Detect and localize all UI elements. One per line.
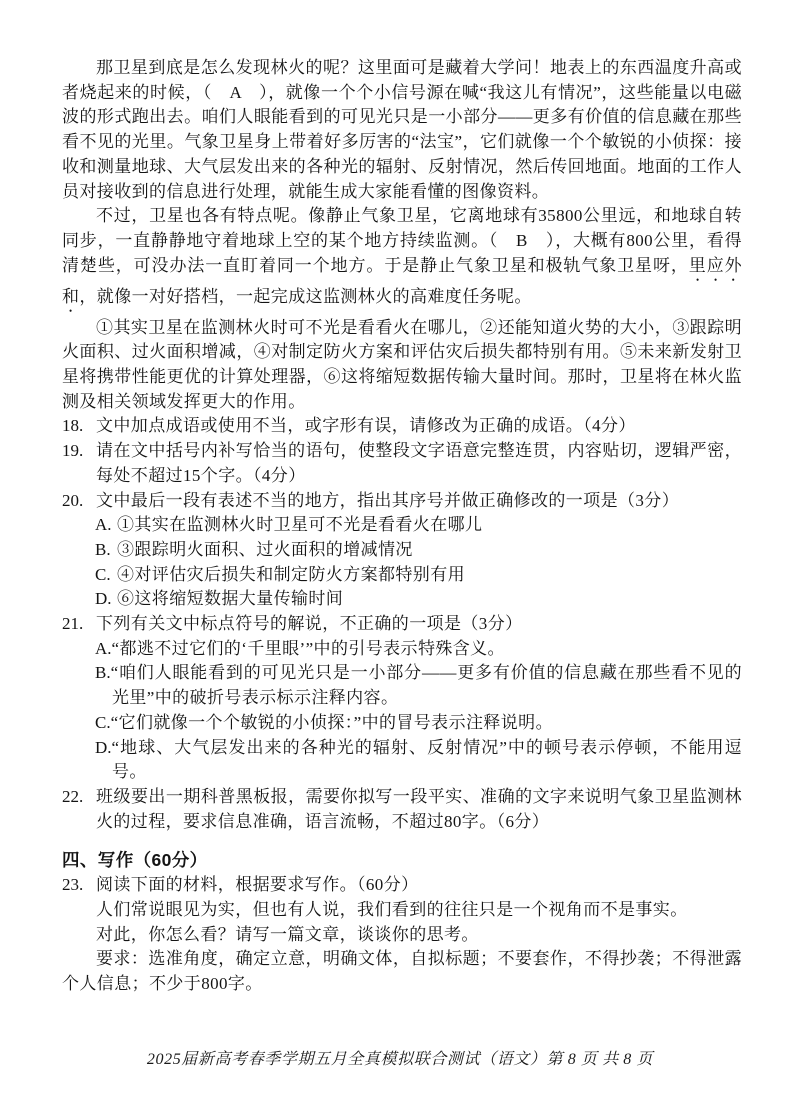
question-20-option-a: A.①其实在监测林火时卫星可不光是看看火在哪儿 xyxy=(62,513,742,538)
question-22-number: 22. xyxy=(62,785,96,810)
option-letter: A. xyxy=(95,513,117,538)
exam-page: 那卫星到底是怎么发现林火的呢？这里面可是藏着大学问！地表上的东西温度升高或者烧起… xyxy=(0,0,800,1105)
question-20-number: 20. xyxy=(62,489,96,514)
option-letter: C. xyxy=(95,713,111,732)
option-text: ③跟踪明火面积、过火面积的增减情况 xyxy=(117,540,413,559)
passage-paragraph-1: 那卫星到底是怎么发现林火的呢？这里面可是藏着大学问！地表上的东西温度升高或者烧起… xyxy=(62,56,742,204)
option-letter: B. xyxy=(95,538,117,563)
essay-material-2: 对此，你怎么看？请写一篇文章，谈谈你的思考。 xyxy=(62,923,742,948)
passage-paragraph-3: ①其实卫星在监测林火时可不光是看看火在哪儿，②还能知道火势的大小，③跟踪明火面积… xyxy=(62,316,742,415)
option-text: ①其实在监测林火时卫星可不光是看看火在哪儿 xyxy=(117,515,482,534)
passage-p2-post: ，就像一对好搭档，一起完成这监测林火的高难度任务呢。 xyxy=(79,287,531,306)
question-18: 18.文中加点成语或使用不当，或字形有误，请修改为正确的成语。（4分） xyxy=(62,414,742,439)
question-23-text: 阅读下面的材料，根据要求写作。（60分） xyxy=(96,875,419,894)
section-heading-writing: 四、写作（60分） xyxy=(62,848,742,873)
option-letter: D. xyxy=(95,587,117,612)
question-21-option-c: C.“它们就像一个个敏锐的小侦探：”中的冒号表示注释说明。 xyxy=(62,711,742,736)
page-footer: 2025届新高考春季学期五月全真模拟联合测试（语文）第 8 页 共 8 页 xyxy=(0,1046,800,1069)
option-letter: B. xyxy=(95,663,111,682)
question-21-option-b: B.“咱们人眼能看到的可见光只是一小部分——更多有价值的信息藏在那些看不见的光里… xyxy=(62,661,742,710)
option-text: “它们就像一个个敏锐的小侦探：”中的冒号表示注释说明。 xyxy=(111,713,553,732)
essay-material-1: 人们常说眼见为实，但也有人说，我们看到的往往只是一个视角而不是事实。 xyxy=(62,898,742,923)
option-text: ⑥这将缩短数据大量传输时间 xyxy=(117,589,343,608)
question-19-number: 19. xyxy=(62,439,96,464)
question-18-text: 文中加点成语或使用不当，或字形有误，请修改为正确的成语。（4分） xyxy=(96,416,636,435)
question-20-text: 文中最后一段有表述不当的地方，指出其序号并做正确修改的一项是（3分） xyxy=(96,491,679,510)
option-letter: D. xyxy=(95,738,112,757)
essay-requirements: 要求：选准角度，确定立意，明确文体，自拟标题；不要套作，不得抄袭；不得泄露个人信… xyxy=(62,947,742,996)
question-20: 20.文中最后一段有表述不当的地方，指出其序号并做正确修改的一项是（3分） xyxy=(62,489,742,514)
page-content: 那卫星到底是怎么发现林火的呢？这里面可是藏着大学问！地表上的东西温度升高或者烧起… xyxy=(62,56,742,997)
question-21-number: 21. xyxy=(62,612,96,637)
option-text: ④对评估灾后损失和制定防火方案都特别有用 xyxy=(117,565,465,584)
option-letter: A. xyxy=(95,639,112,658)
question-20-option-d: D.⑥这将缩短数据大量传输时间 xyxy=(62,587,742,612)
passage-paragraph-2: 不过，卫星也各有特点呢。像静止气象卫星，它离地球有35800公里远，和地球自转同… xyxy=(62,204,742,315)
question-19: 19.请在文中括号内补写恰当的语句，使整段文字语意完整连贯，内容贴切，逻辑严密，… xyxy=(62,439,742,488)
question-19-text: 请在文中括号内补写恰当的语句，使整段文字语意完整连贯，内容贴切，逻辑严密，每处不… xyxy=(96,441,742,485)
question-23: 23.阅读下面的材料，根据要求写作。（60分） xyxy=(62,873,742,898)
question-20-option-b: B.③跟踪明火面积、过火面积的增减情况 xyxy=(62,538,742,563)
option-text: “咱们人眼能看到的可见光只是一小部分——更多有价值的信息藏在那些看不见的光里”中… xyxy=(111,663,742,707)
question-23-number: 23. xyxy=(62,873,96,898)
passage-p2-pre: 不过，卫星也各有特点呢。像静止气象卫星，它离地球有35800公里远，和地球自转同… xyxy=(62,206,742,274)
question-22: 22.班级要出一期科普黑板报，需要你拟写一段平实、准确的文字来说明气象卫星监测林… xyxy=(62,785,742,834)
question-22-text: 班级要出一期科普黑板报，需要你拟写一段平实、准确的文字来说明气象卫星监测林火的过… xyxy=(96,787,742,831)
question-20-option-c: C.④对评估灾后损失和制定防火方案都特别有用 xyxy=(62,563,742,588)
question-21-option-a: A.“都逃不过它们的‘千里眼’”中的引号表示特殊含义。 xyxy=(62,637,742,662)
option-text: “都逃不过它们的‘千里眼’”中的引号表示特殊含义。 xyxy=(112,639,505,658)
option-letter: C. xyxy=(95,563,117,588)
question-21-option-d: D.“地球、大气层发出来的各种光的辐射、反射情况”中的顿号表示停顿，不能用逗号。 xyxy=(62,736,742,785)
question-18-number: 18. xyxy=(62,414,96,439)
question-21: 21.下列有关文中标点符号的解说，不正确的一项是（3分） xyxy=(62,612,742,637)
question-21-text: 下列有关文中标点符号的解说，不正确的一项是（3分） xyxy=(96,614,523,633)
option-text: “地球、大气层发出来的各种光的辐射、反射情况”中的顿号表示停顿，不能用逗号。 xyxy=(112,738,742,782)
